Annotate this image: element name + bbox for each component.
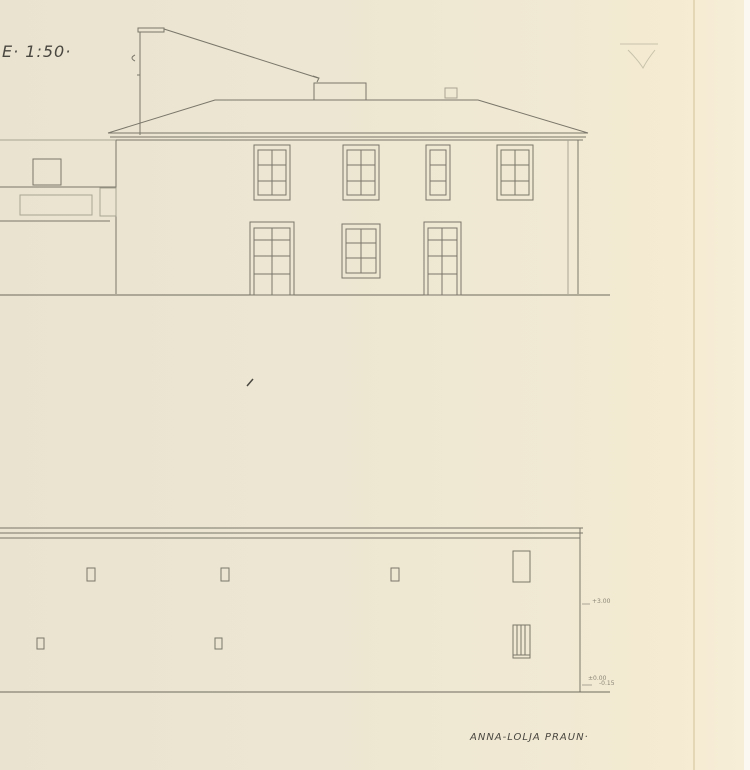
paper-edge — [744, 0, 750, 770]
architect-signature: ANNA-LOLJA PRAUN· — [470, 732, 589, 743]
dimension-minus: -0.15 — [599, 680, 615, 687]
faint-detail-sketch — [620, 44, 658, 68]
dimension-top: +3.00 — [592, 598, 610, 605]
roof-dormer — [314, 83, 366, 100]
architectural-elevation-drawing — [0, 0, 750, 770]
outbuilding-elevation — [0, 528, 610, 692]
chimney-wall — [132, 28, 319, 135]
hipped-roof — [108, 100, 588, 140]
roof-vent — [445, 88, 457, 98]
drawing-sheet: E· 1:50· +3.00 ±0.00 -0.15 ANNA-LOLJA PR… — [0, 0, 750, 770]
ground-floor-openings — [250, 222, 461, 295]
pencil-mark — [247, 379, 253, 386]
house-walls — [0, 140, 610, 295]
paper-fold — [693, 0, 695, 770]
left-annex — [0, 140, 116, 221]
upper-windows — [254, 145, 533, 200]
scale-label: E· 1:50· — [2, 42, 71, 61]
